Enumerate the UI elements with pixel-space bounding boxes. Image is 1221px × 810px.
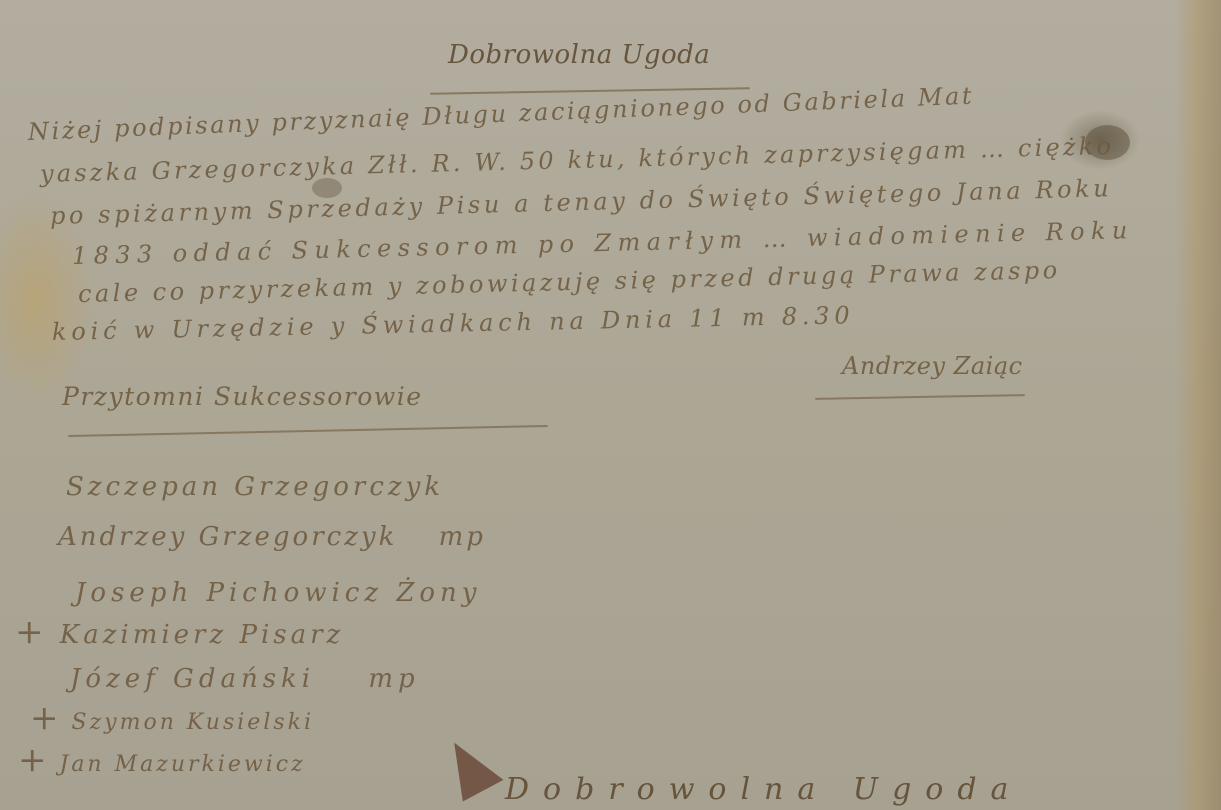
scanned-document-page: Dobrowolna Ugoda Niżej podpisany przyzna… — [0, 0, 1221, 810]
witness-5: Józef Gdański mp — [70, 664, 420, 694]
witness-suffix: mp — [439, 522, 486, 552]
witness-name: Joseph Pichowicz Żony — [75, 578, 481, 608]
witness-4: + Kazimierz Pisarz — [15, 612, 344, 652]
witness-7: + Jan Mazurkiewicz — [18, 740, 306, 780]
witness-name: Jan Mazurkiewicz — [60, 752, 306, 777]
cross-mark: + — [18, 740, 50, 780]
cross-mark: + — [15, 612, 48, 652]
witness-name: Szczepan Grzegorczyk — [66, 472, 444, 502]
bottom-endorsement: Dobrowolna Ugoda — [505, 772, 1022, 807]
witness-6: + Szymon Kusielski — [30, 698, 314, 738]
witness-name: Józef Gdański — [70, 664, 315, 694]
witness-2: Andrzey Grzegorczyk mp — [58, 522, 486, 552]
cross-mark: + — [30, 698, 62, 738]
witness-suffix: mp — [368, 664, 419, 694]
debtor-signature: Andrzey Zaiąc — [842, 352, 1023, 380]
witness-name: Andrzey Grzegorczyk — [58, 522, 397, 552]
document-title: Dobrowolna Ugoda — [448, 40, 710, 70]
witnesses-heading: Przytomni Sukcessorowie — [62, 382, 423, 411]
witness-3: Joseph Pichowicz Żony — [75, 578, 481, 608]
body-line-6: koić w Urzędzie y Świadkach na Dnia 11 m… — [52, 301, 855, 346]
witnesses-underline — [68, 425, 548, 437]
witness-1: Szczepan Grzegorczyk — [66, 472, 444, 502]
witness-name: Kazimierz Pisarz — [60, 620, 344, 650]
signature-underline — [815, 394, 1025, 400]
witness-name: Szymon Kusielski — [72, 710, 315, 735]
wax-seal-fragment — [437, 730, 504, 801]
